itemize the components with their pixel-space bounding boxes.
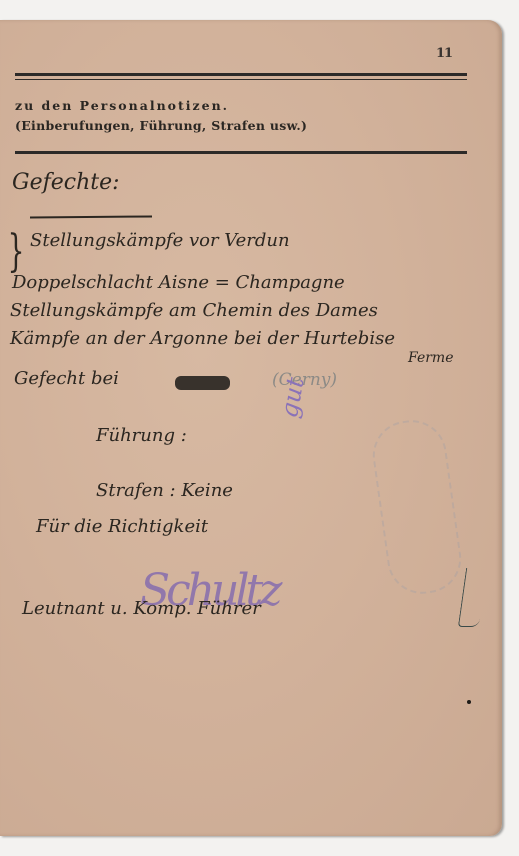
handwritten-heading: Gefechte: [12,170,120,195]
brace-mark: } [8,230,25,274]
ferme-note: Ferme [408,350,454,366]
entry-5: Gefecht bei [14,368,119,389]
entry-2: Doppelschlacht Aisne = Champagne [12,272,345,293]
entry-1: Stellungskämpfe vor Verdun [30,230,290,251]
document-page: 11 zu den Personalnotizen. (Einberufunge… [0,20,502,836]
entry-3: Stellungskämpfe am Chemin des Dames [10,300,378,321]
page-number: 11 [436,46,452,61]
pen-hook-mark [458,568,487,627]
faded-stamp [368,416,465,599]
header-rule-top-thin [15,79,467,80]
printed-header-line1: zu den Personalnotizen. [15,98,229,113]
printed-header-line2: (Einberufungen, Führung, Strafen usw.) [15,118,307,133]
conduct-value: gut [275,375,310,420]
penalties-label: Strafen : Keine [96,480,233,501]
header-rule-bottom [15,151,467,154]
struck-word [175,376,230,390]
entry-4: Kämpfe an der Argonne bei der Hurtebise [10,328,395,349]
heading-underline [30,215,152,218]
conduct-label: Führung : [96,425,187,446]
header-rule-top [15,73,467,76]
signer-title: Leutnant u. Komp. Führer [22,598,261,619]
ink-dot [467,700,471,704]
certification-text: Für die Richtigkeit [36,516,208,537]
